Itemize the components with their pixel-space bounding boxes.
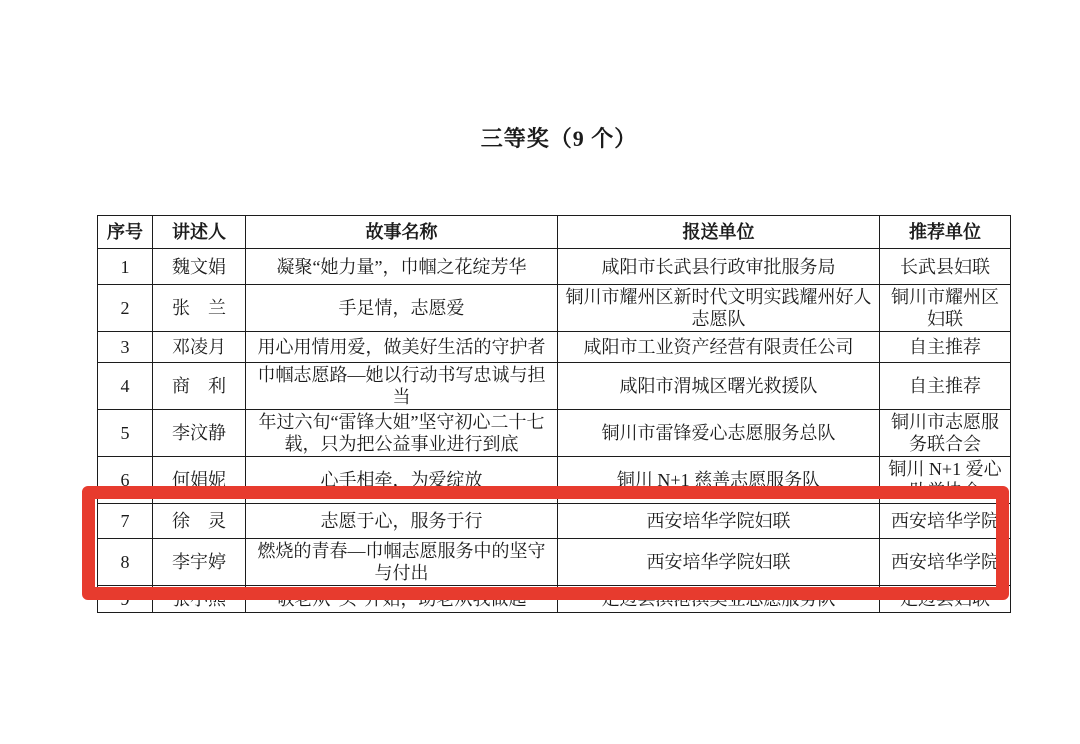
cell-no: 4 [98, 363, 153, 410]
cell-no: 8 [98, 539, 153, 586]
cell-submitter: 定边县滨港滨美业志愿服务队 [558, 586, 880, 613]
cell-no: 3 [98, 332, 153, 363]
cell-story: 用心用情用爱，做美好生活的守护者 [246, 332, 558, 363]
cell-person: 张小熊 [153, 586, 246, 613]
cell-person: 张 兰 [153, 285, 246, 332]
cell-submitter: 铜川 N+1 慈善志愿服务队 [558, 457, 880, 504]
cell-submitter: 咸阳市工业资产经营有限责任公司 [558, 332, 880, 363]
cell-recommender: 铜川 N+1 爱心助学协会 [880, 457, 1011, 504]
cell-recommender: 自主推荐 [880, 332, 1011, 363]
table-row: 4 商 利 巾帼志愿路—她以行动书写忠诚与担当 咸阳市渭城区曙光救援队 自主推荐 [98, 363, 1011, 410]
cell-story: 年过六旬“雷锋大姐”坚守初心二十七载，只为把公益事业进行到底 [246, 410, 558, 457]
cell-recommender: 自主推荐 [880, 363, 1011, 410]
table-row: 6 何娟妮 心手相牵，为爱绽放 铜川 N+1 慈善志愿服务队 铜川 N+1 爱心… [98, 457, 1011, 504]
cell-story: 心手相牵，为爱绽放 [246, 457, 558, 504]
cell-story: 燃烧的青春—巾帼志愿服务中的坚守与付出 [246, 539, 558, 586]
page-title: 三等奖（9 个） [0, 122, 1080, 153]
cell-submitter: 咸阳市渭城区曙光救援队 [558, 363, 880, 410]
table-row-highlighted: 8 李宇婷 燃烧的青春—巾帼志愿服务中的坚守与付出 西安培华学院妇联 西安培华学… [98, 539, 1011, 586]
cell-submitter: 铜川市耀州区新时代文明实践耀州好人志愿队 [558, 285, 880, 332]
table-row: 1 魏文娟 凝聚“她力量”，巾帼之花绽芳华 咸阳市长武县行政审批服务局 长武县妇… [98, 249, 1011, 285]
cell-person: 邓凌月 [153, 332, 246, 363]
table-row: 5 李汶静 年过六旬“雷锋大姐”坚守初心二十七载，只为把公益事业进行到底 铜川市… [98, 410, 1011, 457]
cell-submitter: 铜川市雷锋爱心志愿服务总队 [558, 410, 880, 457]
cell-submitter: 西安培华学院妇联 [558, 504, 880, 539]
cell-recommender: 长武县妇联 [880, 249, 1011, 285]
cell-recommender: 定边县妇联 [880, 586, 1011, 613]
cell-recommender: 西安培华学院 [880, 504, 1011, 539]
cell-no: 1 [98, 249, 153, 285]
table-row: 3 邓凌月 用心用情用爱，做美好生活的守护者 咸阳市工业资产经营有限责任公司 自… [98, 332, 1011, 363]
cell-story: 凝聚“她力量”，巾帼之花绽芳华 [246, 249, 558, 285]
cell-no: 9 [98, 586, 153, 613]
award-table: 序号 讲述人 故事名称 报送单位 推荐单位 1 魏文娟 凝聚“她力量”，巾帼之花… [97, 215, 1011, 613]
cell-story: 志愿于心，服务于行 [246, 504, 558, 539]
cell-recommender: 铜川市耀州区妇联 [880, 285, 1011, 332]
cell-story: 手足情，志愿爱 [246, 285, 558, 332]
header-story: 故事名称 [246, 216, 558, 249]
cell-person: 何娟妮 [153, 457, 246, 504]
cell-person: 商 利 [153, 363, 246, 410]
header-no: 序号 [98, 216, 153, 249]
header-submitter: 报送单位 [558, 216, 880, 249]
header-recommender: 推荐单位 [880, 216, 1011, 249]
table-header-row: 序号 讲述人 故事名称 报送单位 推荐单位 [98, 216, 1011, 249]
cell-story: 巾帼志愿路—她以行动书写忠诚与担当 [246, 363, 558, 410]
cell-no: 5 [98, 410, 153, 457]
cell-no: 7 [98, 504, 153, 539]
cell-story: 敬老从“头”开始，助老从我做起 [246, 586, 558, 613]
cell-recommender: 铜川市志愿服务联合会 [880, 410, 1011, 457]
table-row-highlighted: 7 徐 灵 志愿于心，服务于行 西安培华学院妇联 西安培华学院 [98, 504, 1011, 539]
cell-person: 徐 灵 [153, 504, 246, 539]
cell-person: 李汶静 [153, 410, 246, 457]
cell-person: 李宇婷 [153, 539, 246, 586]
table-row: 2 张 兰 手足情，志愿爱 铜川市耀州区新时代文明实践耀州好人志愿队 铜川市耀州… [98, 285, 1011, 332]
cell-submitter: 西安培华学院妇联 [558, 539, 880, 586]
header-person: 讲述人 [153, 216, 246, 249]
cell-recommender: 西安培华学院 [880, 539, 1011, 586]
cell-no: 2 [98, 285, 153, 332]
cell-person: 魏文娟 [153, 249, 246, 285]
table-row: 9 张小熊 敬老从“头”开始，助老从我做起 定边县滨港滨美业志愿服务队 定边县妇… [98, 586, 1011, 613]
cell-no: 6 [98, 457, 153, 504]
cell-submitter: 咸阳市长武县行政审批服务局 [558, 249, 880, 285]
